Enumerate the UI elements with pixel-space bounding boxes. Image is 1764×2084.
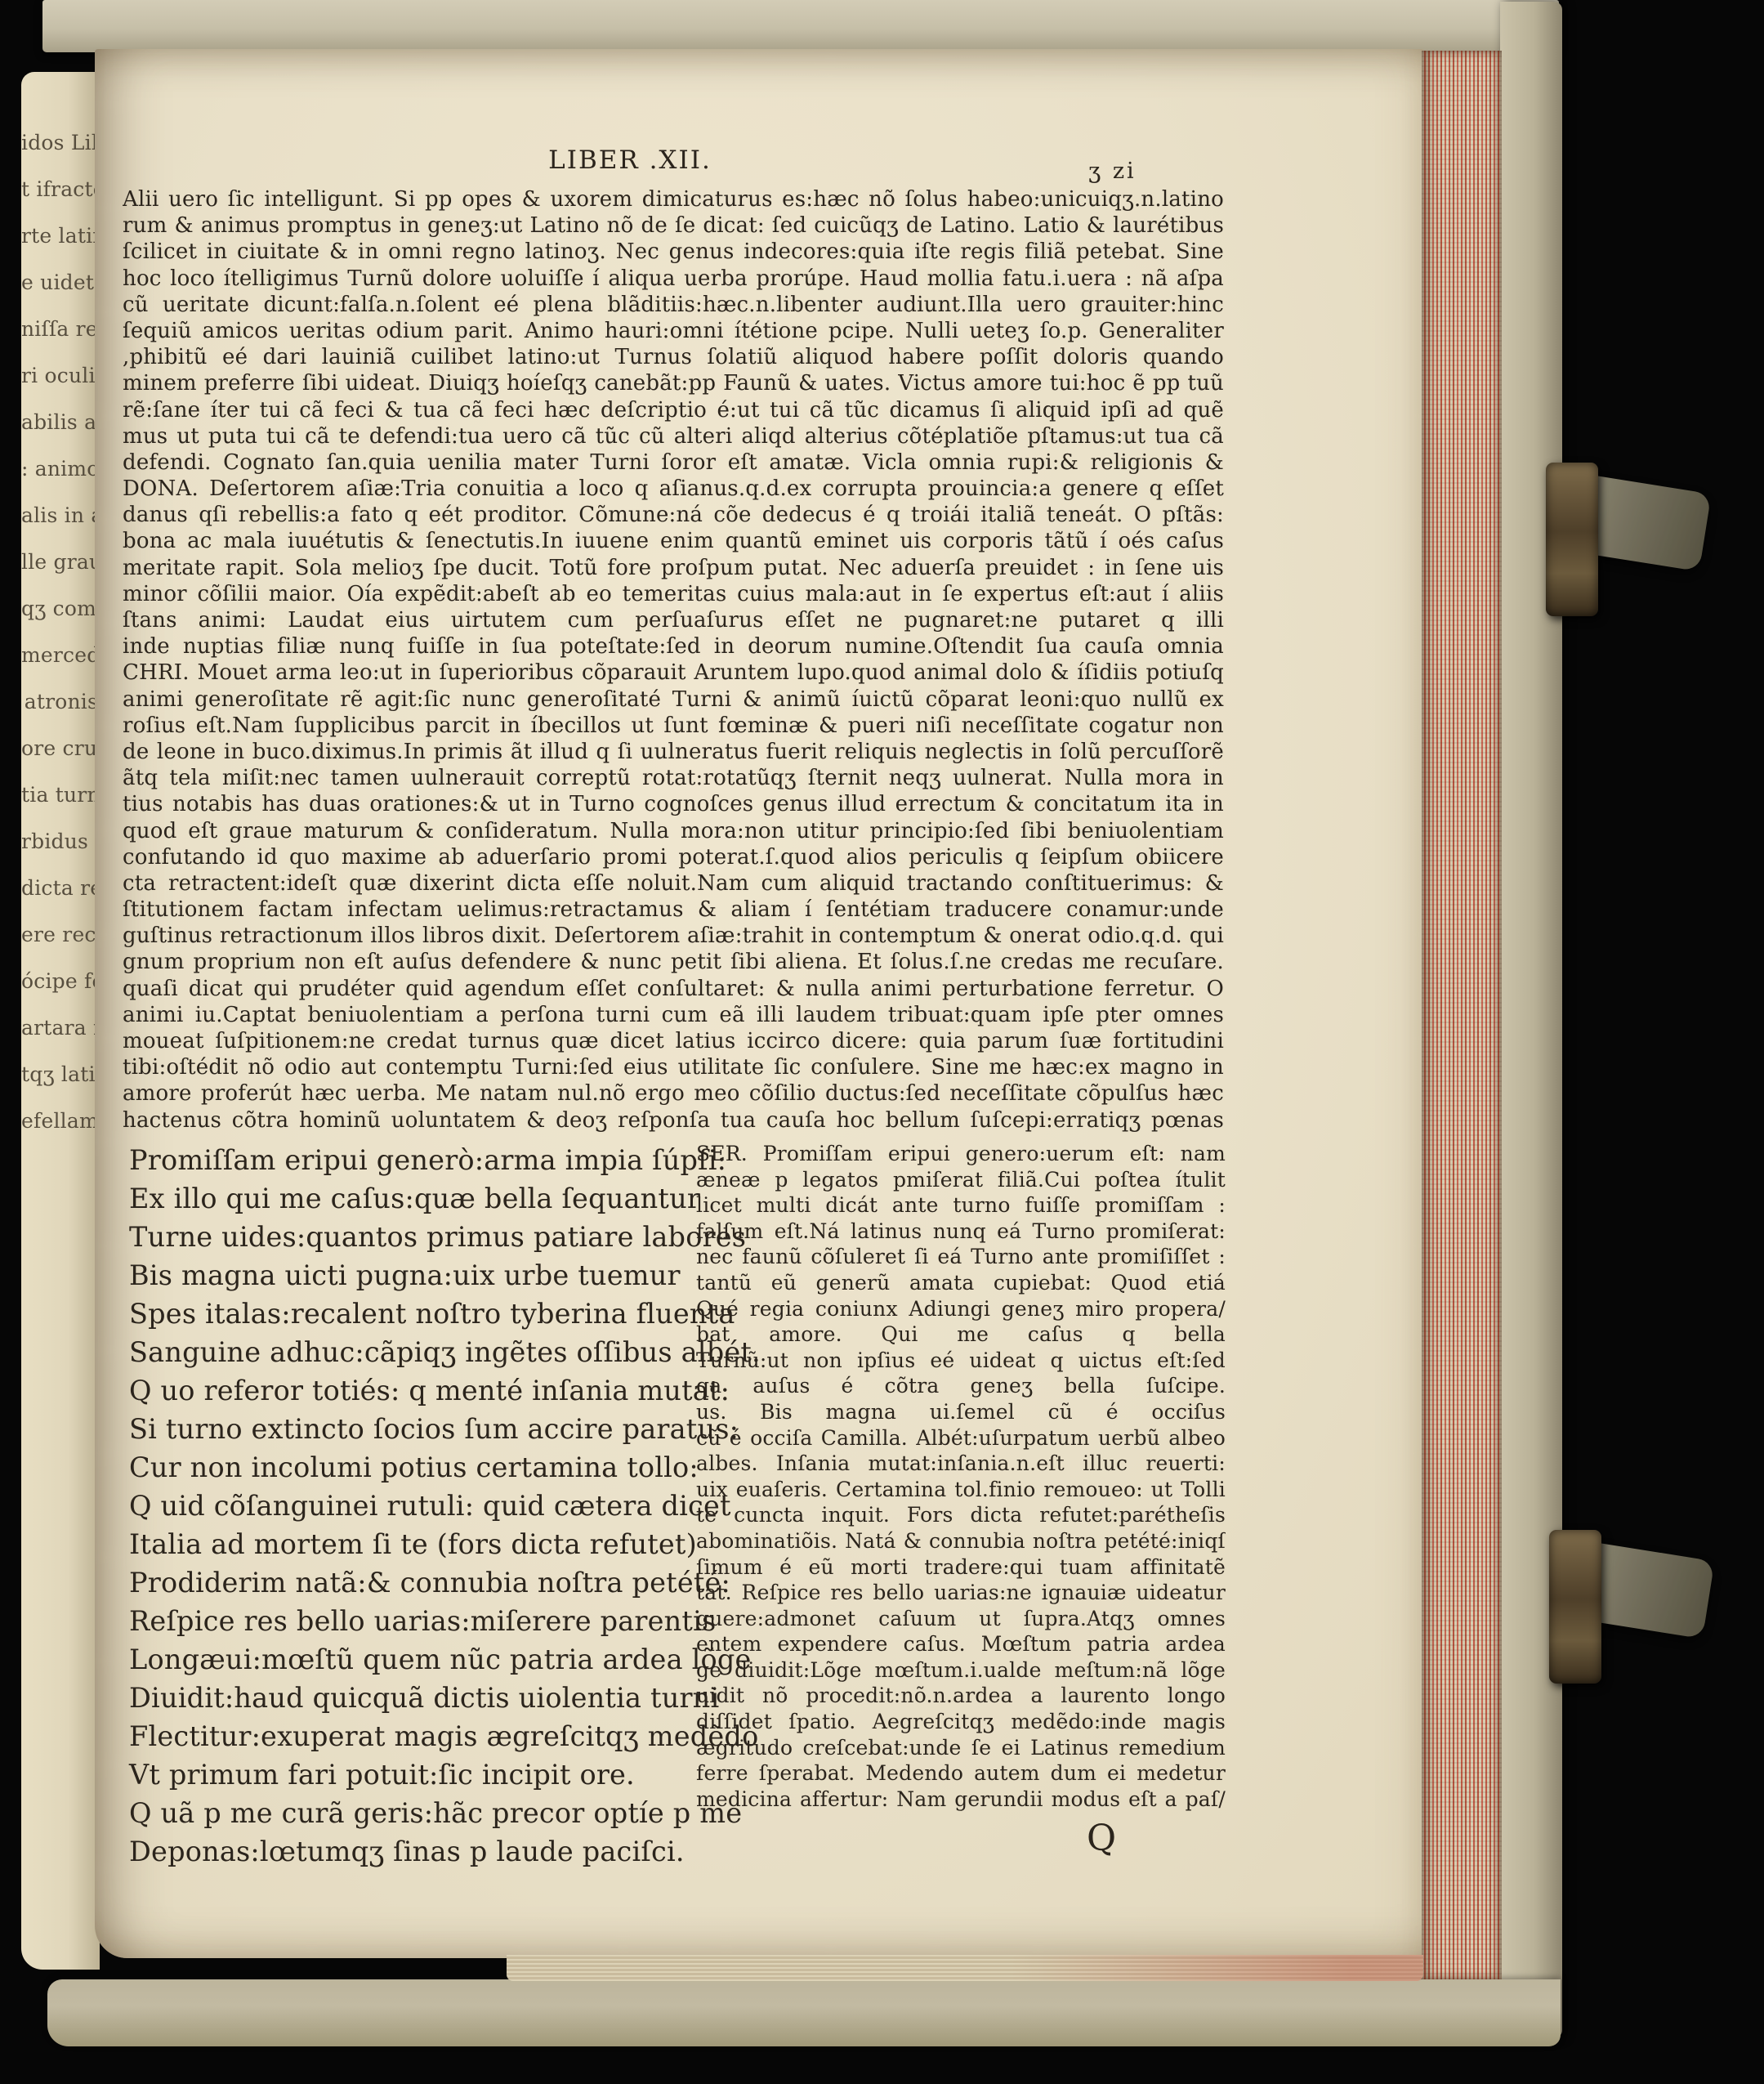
verse-line: Q uo referor totiés: q menté inſania mut…: [129, 1371, 701, 1410]
text-line: animi iu.Captat beniuolentiam a perſona …: [123, 1002, 1224, 1028]
verso-text-fragment: ócipe fœdus.: [21, 958, 98, 1004]
verso-text-fragment: rte latinos: [21, 212, 98, 259]
verse-line: Bis magna uicti pugna:uix urbe tuemur: [129, 1256, 701, 1295]
verse-line: Deponas:lœtumqʒ ſinas p laude paciſci.: [129, 1832, 701, 1871]
text-line: entem expendere caſus. Mœſtum patria ard…: [696, 1631, 1226, 1657]
text-line: Qué regia coniunx Adiungi geneʒ miro pro…: [696, 1296, 1226, 1322]
verso-text-fragment: tia turno.: [21, 771, 98, 818]
verse-line: Reſpice res bello uarias:miſerere parent…: [129, 1602, 701, 1640]
text-line: ſcilicet in ciuitate & in omni regno lat…: [123, 239, 1224, 265]
verse-line: Turne uides:quantos primus patiare labor…: [129, 1218, 701, 1256]
verso-text-fragment: atronis: [21, 678, 98, 725]
text-line: uidit nõ procedit:nõ.n.ardea a laurento …: [696, 1683, 1226, 1709]
text-line: ægritudo creſcebat:unde ſe ei Latinus re…: [696, 1735, 1226, 1761]
verse-line: Si turno extincto ſocios ſum accire para…: [129, 1410, 701, 1448]
text-line: ſimum é eũ morti tradere:qui tuam affini…: [696, 1554, 1226, 1581]
vellum-cover-right-edge: [1500, 2, 1562, 2038]
photo-background: idos Libert ifractos adrte latinose uide…: [0, 0, 1764, 2084]
bottom-page-edges: [507, 1955, 1423, 1981]
text-line: licet multi dicát ante turno fuiſſe prom…: [696, 1192, 1226, 1219]
verso-text-fragment: e uidet: ſua: [21, 259, 98, 306]
text-line: roſius eſt.Nam ſupplicibus parcit in íbe…: [123, 713, 1224, 739]
text-line: quod eſt graue maturum & conſideratum. N…: [123, 818, 1224, 844]
text-line: SER. Promiſſam eripui genero:uerum eſt: …: [696, 1141, 1226, 1167]
verse-line: Ex illo qui me caſus:quæ bella ſequantur: [129, 1179, 701, 1218]
text-line: mus ut puta tui cã te defendi:tua uero c…: [123, 423, 1224, 449]
text-line: ſequiũ amicos ueritas odium parit. Animo…: [123, 318, 1224, 344]
vellum-cover-bottom-edge: [47, 1979, 1561, 2046]
text-line: medicina affertur: Nam gerundii modus eſ…: [696, 1787, 1226, 1813]
text-line: guſtinus retractionum illos libros dixit…: [123, 923, 1224, 949]
text-line: ferre ſperabat. Medendo autem dum ei med…: [696, 1760, 1226, 1787]
text-line: danus qſi rebellis:a fato q eét proditor…: [123, 502, 1224, 528]
text-line: hactenus cõtra hominũ uoluntatem & deoʒ …: [123, 1107, 1224, 1134]
text-line: animi generoſitate rẽ agit:ſic nunc gene…: [123, 686, 1224, 713]
commentary-block: Alii uero ſic intelligunt. Si pp opes & …: [123, 186, 1224, 1134]
clasp-top: [1546, 463, 1758, 626]
verso-text-fragment: dicta retractét: [21, 865, 98, 911]
verso-text-fragment: artara mittã: [21, 1004, 98, 1051]
verso-text-fragment: ri oculis: ul/: [21, 352, 98, 399]
text-line: de leone in buco.diximus.In primis ãt il…: [123, 739, 1224, 765]
text-line: abominatiõis. Natá & connubia noſtra pet…: [696, 1528, 1226, 1554]
verse-line: Prodiderim natã:& connubia noſtra petété…: [129, 1563, 701, 1602]
text-line: ,phibitũ eé dari lauiniã cuilibet latino…: [123, 344, 1224, 370]
text-line: falſum eſt.Ná latinus nunq eá Turno prom…: [696, 1219, 1226, 1245]
verso-text-fragment: ere reculent.: [21, 911, 98, 958]
text-line: qa auſus é cõtra geneʒ bella ſuſcipe. Pr…: [696, 1373, 1226, 1399]
verso-text-fragment: alis in aruis: [21, 492, 98, 539]
facing-page-text-sliver: idos Libert ifractos adrte latinose uide…: [21, 119, 98, 1280]
text-line: confutando id quo maxime ab aduerſario p…: [123, 844, 1224, 870]
text-line: inde nuptias filiæ nunq fuiſſe in ſua po…: [123, 633, 1224, 660]
text-line: ſtans animi: Laudat eius uirtutem cum pe…: [123, 607, 1224, 633]
recto-page: LIBER .XII. ʒ zi Alii uero ſic intelligu…: [95, 49, 1423, 1958]
verse-line: Vt primum fari potuit:ſic incipit ore.: [129, 1755, 701, 1794]
text-line: tibi:oſtédit nõ odio aut contemptu Turni…: [123, 1054, 1224, 1080]
verse-line: Longæui:mœſtũ quem nũc patria ardea lõge: [129, 1640, 701, 1679]
verso-text-fragment: ore cruento:: [21, 725, 98, 771]
text-line: Turnũ:ut non ipſius eé uideat q uictus e…: [696, 1348, 1226, 1374]
text-line: amore proferút hæc uerba. Me natam nul.n…: [123, 1080, 1224, 1107]
text-line: cta retractent:ideſt quæ dixerint dicta …: [123, 870, 1224, 897]
text-line: us. Bis magna ui.ſemel cũ é occiſus Meze…: [696, 1399, 1226, 1425]
verso-text-fragment: abilis ardet.: [21, 399, 98, 445]
text-line: albes. Inſania mutat:inſania.n.eſt illuc…: [696, 1451, 1226, 1477]
text-line: minem preferre ſibi uideat. Diuiqʒ hoíeſ…: [123, 370, 1224, 396]
verse-line: Spes italas:recalent noſtro tyberina flu…: [129, 1295, 701, 1333]
verso-text-fragment: : animos:pœ: [21, 445, 98, 492]
verse-line: Cur non incolumi potius certamina tollo:: [129, 1448, 701, 1487]
text-line: cũ é occiſa Camilla. Albét:uſurpatum uer…: [696, 1425, 1226, 1451]
verse-line: Diuidit:haud quicquã dictis uiolentia tu…: [129, 1679, 701, 1717]
text-line: hoc loco ítelligimus Turnũ dolore uoluiſ…: [123, 266, 1224, 292]
text-line: bona ac mala iuuétutis & ſenectutis.In i…: [123, 528, 1224, 554]
verse-line: Italia ad mortem ſi te (fors dicta refut…: [129, 1525, 701, 1563]
servius-commentary-column: SER. Promiſſam eripui genero:uerum eſt: …: [696, 1141, 1226, 1812]
verse-column: Promiſſam eripui generò:arma impia ſúpſi…: [129, 1141, 701, 1871]
text-line: gnum proprium non eſt auſus defendere & …: [123, 949, 1224, 975]
text-line: te cuncta inquit. Fors dicta refutet:par…: [696, 1502, 1226, 1528]
verse-line: Sanguine adhuc:cãpiqʒ ingẽtes oſſibus al…: [129, 1333, 701, 1371]
fore-edge-red-stained: [1422, 51, 1502, 1979]
verse-line: Q uid cõſanguinei rutuli: quid cætera di…: [129, 1487, 701, 1525]
clasp-metal-plate: [1549, 1530, 1601, 1684]
text-line: diſſidet ſpatio. Aegreſcitqʒ medẽdo:inde…: [696, 1709, 1226, 1735]
clasp-bottom: [1549, 1530, 1762, 1693]
folio-signature: ʒ zi: [1088, 159, 1137, 184]
text-line: quaſi dicat qui prudéter quid agendum eſ…: [123, 976, 1224, 1002]
verso-text-fragment: t ifractos ad: [21, 166, 98, 212]
text-line: minor cõſilii maior. Oía expẽdit:abeſt a…: [123, 581, 1224, 607]
verse-line: Q uã p me curã geris:hãc precor optíe p …: [129, 1794, 701, 1832]
text-line: bat amore. Qui me caſus q bella ſequantu…: [696, 1322, 1226, 1348]
text-line: rẽ:ſane íter tui cã feci & tua cã feci h…: [123, 397, 1224, 423]
verse-line: Flectitur:exuperat magis ægreſcitqʒ medẽ…: [129, 1717, 701, 1755]
text-line: tantũ eũ generũ amata cupiebat: Quod eti…: [696, 1270, 1226, 1296]
text-line: rum & animus promptus in geneʒ:ut Latino…: [123, 212, 1224, 239]
verso-text-fragment: qʒ comãtes: [21, 585, 98, 632]
verso-text-fragment: mercede: Vn: [21, 632, 98, 678]
text-line: DONA. Deſertorem aſiæ:Tria conuitia a lo…: [123, 476, 1224, 502]
text-line: ge diuidit:Lõge mœſtum.i.ualde meſtum:nã…: [696, 1657, 1226, 1684]
text-line: meritate rapit. Sola melioʒ ſpe ducit. T…: [123, 555, 1224, 581]
clasp-metal-plate: [1546, 463, 1598, 616]
text-line: uix euaſeris. Certamina tol.finio remoue…: [696, 1477, 1226, 1503]
text-line: æneæ p legatos pmiſerat filiã.Cui poſtea…: [696, 1167, 1226, 1193]
verso-text-fragment: idos Liber: [21, 119, 98, 166]
text-line: ãtq tela miſit:nec tamen uulnerauit corr…: [123, 765, 1224, 791]
verse-line: Promiſſam eripui generò:arma impia ſúpſi…: [129, 1141, 701, 1179]
text-line: ſtitutionem factam infectam uelimus:retr…: [123, 897, 1224, 923]
text-line: tius notabis has duas orationes:& ut in …: [123, 791, 1224, 817]
vellum-cover-top-edge: [42, 0, 1559, 52]
text-line: nec faunũ cõſuleret ſi eá Turno ante pro…: [696, 1244, 1226, 1270]
catchword: Q: [1087, 1818, 1116, 1859]
verso-text-fragment: niſſa repoſci: [21, 306, 98, 352]
text-line: guere:admonet caſuum ut ſupra.Atqʒ omnes…: [696, 1606, 1226, 1632]
verso-text-fragment: rbidus inſit: [21, 818, 98, 865]
text-line: defendi. Cognato ſan.quia uenilia mater …: [123, 449, 1224, 476]
running-title: LIBER .XII.: [536, 145, 724, 175]
text-line: cũ ueritate dicunt:falſa.n.ſolent eé ple…: [123, 292, 1224, 318]
text-line: CHRI. Mouet arma leo:ut in ſuperioribus …: [123, 660, 1224, 686]
verso-text-fragment: lle graui ue: [21, 539, 98, 585]
verso-text-fragment: efellam.: [21, 1098, 98, 1144]
text-line: moueat ſuſpitionem:ne credat turnus quæ …: [123, 1028, 1224, 1054]
text-line: Alii uero ſic intelligunt. Si pp opes & …: [123, 186, 1224, 212]
text-line: tat. Reſpice res bello uarias:ne ignauiæ…: [696, 1580, 1226, 1606]
verso-text-fragment: tqʒ latini:: [21, 1051, 98, 1098]
